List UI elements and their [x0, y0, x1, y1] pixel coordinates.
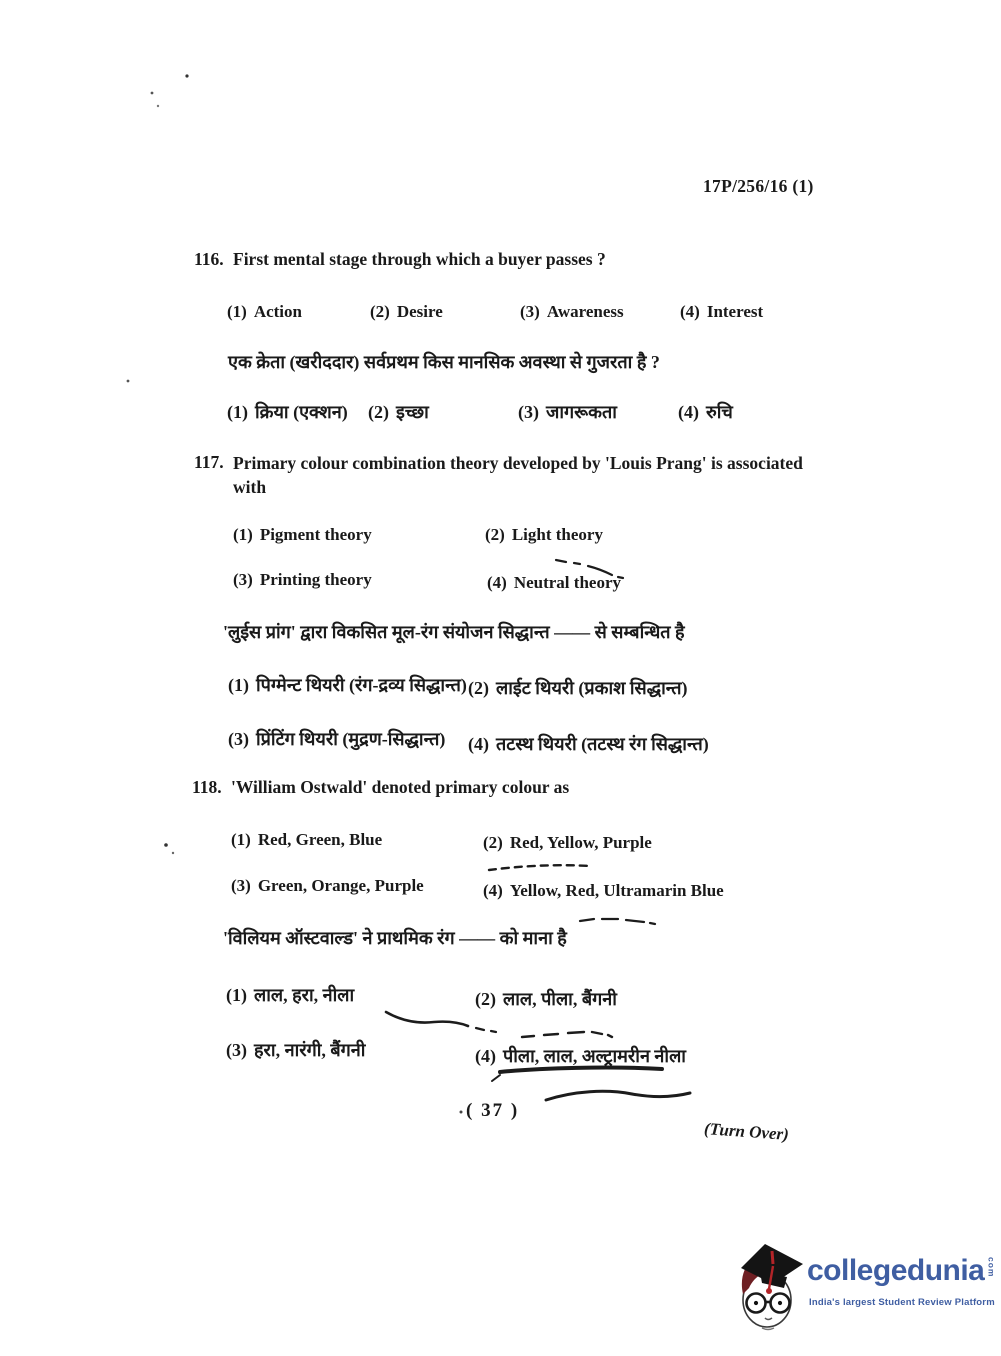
option-text: क्रिया (एक्शन): [255, 402, 348, 422]
option-text: Desire: [397, 302, 443, 321]
brand-domain: com: [986, 1257, 996, 1277]
option-label: (2): [475, 989, 496, 1009]
option-text: Red, Green, Blue: [258, 830, 382, 849]
option-text: Neutral theory: [514, 573, 621, 592]
option-label: (1): [226, 985, 247, 1005]
question-number: 116.: [194, 249, 224, 270]
collegedunia-logo: collegeduniacom India's largest Student …: [735, 1240, 997, 1340]
option-text: Yellow, Red, Ultramarin Blue: [510, 881, 724, 900]
paper-code: 17P/256/16 (1): [703, 176, 814, 197]
option-text: पिग्मेन्ट थियरी (रंग-द्रव्य सिद्धान्त): [256, 675, 467, 695]
question-number: 118.: [192, 777, 222, 798]
q117-option-3-en: (3)Printing theory: [233, 570, 372, 590]
option-label: (4): [468, 734, 489, 754]
brand-name: collegedunia: [807, 1254, 984, 1287]
q117-option-4-en: (4)Neutral theory: [487, 573, 621, 593]
q118-option-1-hi: (1)लाल, हरा, नीला: [226, 983, 354, 1007]
q118-option-2-hi: (2)लाल, पीला, बैंगनी: [475, 987, 617, 1011]
option-text: Red, Yellow, Purple: [510, 833, 652, 852]
option-text: प्रिंटिंग थियरी (मुद्रण-सिद्धान्त): [256, 729, 445, 749]
brand-tagline: India's largest Student Review Platform: [809, 1297, 995, 1308]
option-text: तटस्थ थियरी (तटस्थ रंग सिद्धान्त): [496, 734, 709, 754]
brand-row: collegeduniacom: [807, 1254, 996, 1288]
q116-option-2-hi: (2)इच्छा: [368, 400, 429, 424]
option-text: Light theory: [512, 525, 603, 544]
option-label: (3): [233, 570, 253, 589]
option-text: हरा, नारंगी, बैंगनी: [254, 1040, 365, 1060]
option-text: Awareness: [547, 302, 624, 321]
question-text-hi: 'विलियम ऑस्टवाल्ड' ने प्राथमिक रंग —— को…: [223, 926, 567, 950]
option-text: पीला, लाल, अल्ट्रामरीन नीला: [503, 1046, 686, 1066]
page-number: ( 37 ): [466, 1100, 519, 1122]
option-label: (1): [227, 402, 248, 422]
option-text: इच्छा: [396, 402, 429, 422]
q118-option-3-hi: (3)हरा, नारंगी, बैंगनी: [226, 1038, 365, 1062]
q118-option-2-en: (2)Red, Yellow, Purple: [483, 833, 652, 853]
question-text-hi: 'लुईस प्रांग' द्वारा विकसित मूल-रंग संयो…: [223, 620, 685, 644]
turn-over-note: (Turn Over): [703, 1119, 789, 1145]
option-text: Green, Orange, Purple: [258, 876, 424, 895]
q118-option-3-en: (3)Green, Orange, Purple: [231, 876, 424, 896]
q116-option-3-en: (3)Awareness: [520, 302, 624, 322]
q116-option-1-hi: (1)क्रिया (एक्शन): [227, 400, 348, 424]
q116-option-4-hi: (4)रुचि: [678, 400, 733, 424]
q118-option-1-en: (1)Red, Green, Blue: [231, 830, 382, 850]
option-label: (2): [368, 402, 389, 422]
option-label: (4): [475, 1046, 496, 1066]
option-text: Printing theory: [260, 570, 372, 589]
option-label: (1): [228, 675, 249, 695]
option-label: (1): [231, 830, 251, 849]
collegedunia-mascot-icon: [735, 1242, 805, 1334]
option-text: लाल, पीला, बैंगनी: [503, 989, 617, 1009]
option-label: (4): [483, 881, 503, 900]
option-text: लाईट थियरी (प्रकाश सिद्धान्त): [496, 678, 688, 698]
option-text: लाल, हरा, नीला: [254, 985, 354, 1005]
option-text: Pigment theory: [260, 525, 372, 544]
option-label: (2): [370, 302, 390, 321]
q116-option-3-hi: (3)जागरूकता: [518, 400, 617, 424]
q116-option-1-en: (1)Action: [227, 302, 302, 322]
option-label: (3): [231, 876, 251, 895]
option-label: (3): [226, 1040, 247, 1060]
q116-option-2-en: (2)Desire: [370, 302, 443, 322]
question-text-en: First mental stage through which a buyer…: [233, 249, 606, 270]
q117-option-1-hi: (1)पिग्मेन्ट थियरी (रंग-द्रव्य सिद्धान्त…: [228, 673, 467, 697]
option-label: (3): [228, 729, 249, 749]
option-text: Action: [254, 302, 302, 321]
option-text: Interest: [707, 302, 763, 321]
option-label: (4): [678, 402, 699, 422]
option-text: रुचि: [706, 402, 733, 422]
q117-option-3-hi: (3)प्रिंटिंग थियरी (मुद्रण-सिद्धान्त): [228, 727, 445, 751]
question-text-hi: एक क्रेता (खरीददार) सर्वप्रथम किस मानसिक…: [228, 350, 660, 374]
option-label: (2): [468, 678, 489, 698]
question-text-en: 'William Ostwald' denoted primary colour…: [231, 777, 569, 798]
q118-option-4-en: (4)Yellow, Red, Ultramarin Blue: [483, 881, 724, 901]
question-text-en: Primary colour combination theory develo…: [233, 452, 833, 499]
option-label: (1): [233, 525, 253, 544]
option-label: (1): [227, 302, 247, 321]
option-label: (3): [518, 402, 539, 422]
option-label: (4): [680, 302, 700, 321]
option-text: जागरूकता: [546, 402, 617, 422]
q118-option-4-hi: (4)पीला, लाल, अल्ट्रामरीन नीला: [475, 1044, 686, 1068]
scanned-exam-page: 17P/256/16 (1) 116. First mental stage t…: [0, 0, 1001, 1356]
q117-option-4-hi: (4)तटस्थ थियरी (तटस्थ रंग सिद्धान्त): [468, 732, 709, 756]
q116-option-4-en: (4)Interest: [680, 302, 763, 322]
q117-option-2-hi: (2)लाईट थियरी (प्रकाश सिद्धान्त): [468, 676, 688, 700]
option-label: (3): [520, 302, 540, 321]
option-label: (2): [483, 833, 503, 852]
q117-option-2-en: (2)Light theory: [485, 525, 603, 545]
question-number: 117.: [194, 452, 224, 473]
q117-option-1-en: (1)Pigment theory: [233, 525, 372, 545]
option-label: (4): [487, 573, 507, 592]
option-label: (2): [485, 525, 505, 544]
